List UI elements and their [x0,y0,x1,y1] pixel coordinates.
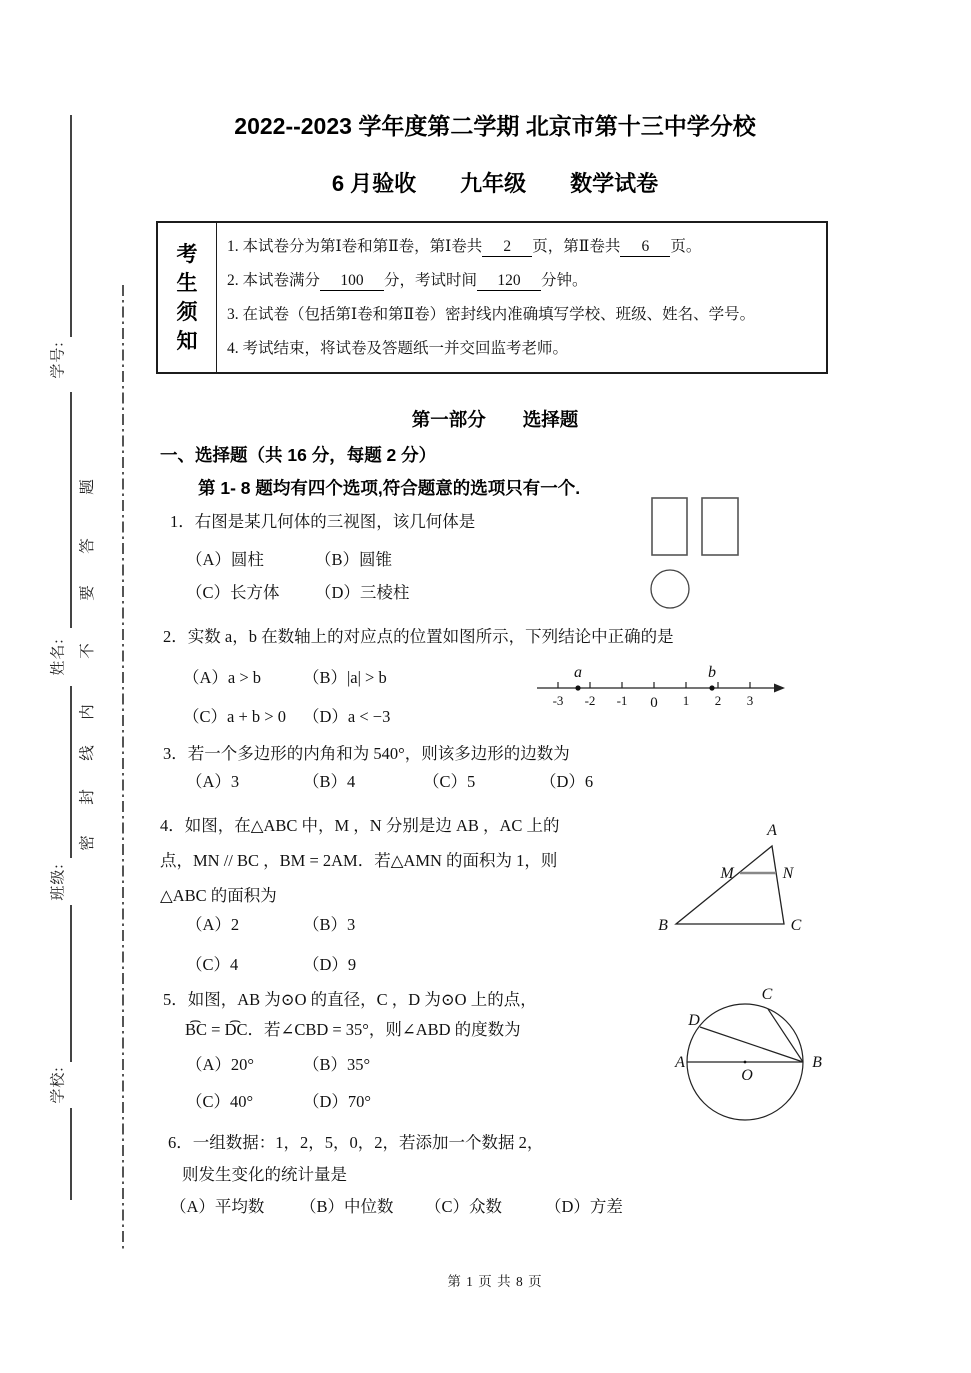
q6-stem-line1: 6．一组数据：1，2，5，0，2，若添加一个数据 2， [168,1133,543,1154]
tick-label: 1 [683,693,690,708]
seal-char: 密 [75,835,97,851]
chord-cb [768,1009,803,1062]
seal-char: 题 [75,479,97,495]
q5-stem-line1: 5．如图，AB 为⊙O 的直径，C ，D 为⊙O 上的点， [163,990,537,1011]
student-id-field-label: 学号: [47,341,68,378]
q6-option-d: （D）方差 [545,1197,623,1218]
notice-text: 分，考试时间 [384,272,477,289]
margin-blank-line [70,1108,72,1200]
q5-stem-line2: B͡C = D͡C．若∠CBD = 35°，则∠ABD 的度数为 [185,1020,521,1041]
section-rule-1: 一、选择题（共 16 分，每题 2 分） [160,445,436,467]
notice-side-label: 考生须知 [175,240,199,356]
point-d-label: D [687,1012,700,1029]
tick-label: 2 [715,693,722,708]
seal-char: 线 [75,745,97,761]
q4-option-b: （B）3 [303,915,355,936]
q2-option-a: （A）a > b [183,668,261,689]
side-view-rect [702,498,738,555]
q4-stem-line2: 点，MN // BC ，BM = 2AM．若△AMN 的面积为 1，则 [160,851,557,872]
triangle-abc [676,846,784,924]
exam-subtitle: 6 月验收 九年级 数学试卷 [160,170,830,198]
point-a-label: A [674,1054,685,1071]
q5-option-c: （C）40° [186,1092,253,1113]
q5-option-d: （D）70° [303,1092,371,1113]
axis-arrowhead [774,684,785,693]
q1-option-c: （C）长方体 [186,583,280,604]
q1-option-b: （B）圆锥 [315,550,392,571]
tick-label: 3 [747,693,754,708]
q3-option-a: （A）3 [186,772,239,793]
q3-option-d: （D）6 [540,772,593,793]
vertex-c-label: C [791,917,802,934]
q1-three-views-figure [648,493,743,613]
q6-option-b: （B）中位数 [300,1197,394,1218]
margin-blank-line [70,686,72,858]
q3-stem: 3．若一个多边形的内角和为 540°，则该多边形的边数为 [163,744,570,765]
notice-line-1: 1. 本试卷分为第Ⅰ卷和第Ⅱ卷，第Ⅰ卷共2页，第Ⅱ卷共6页。 [227,230,820,264]
margin-blank-line [70,905,72,1062]
q3-option-c: （C）5 [423,772,475,793]
margin-blank-line [70,115,72,337]
tick-label: -2 [585,693,596,708]
point-a-dot [575,685,580,690]
notice-line-4: 4. 考试结束，将试卷及答题纸一并交回监考老师。 [227,332,820,366]
center-dot [744,1061,747,1064]
point-b-label: b [708,664,716,681]
circle-figure: A B C D O [670,985,828,1157]
top-view-circle [651,570,689,608]
notice-text: 分钟。 [541,272,588,289]
q6-option-a: （A）平均数 [170,1197,264,1218]
notice-line-3: 3. 在试卷（包括第Ⅰ卷和第Ⅱ卷）密封线内准确填写学校、班级、姓名、学号。 [227,298,820,332]
front-view-rect [652,498,687,555]
q4-stem-line1: 4．如图，在△ABC 中，M ，N 分别是边 AB ，AC 上的 [160,816,560,837]
notice-text: 1. 本试卷分为第Ⅰ卷和第Ⅱ卷，第Ⅰ卷共 [227,238,482,255]
point-b-dot [709,685,714,690]
tick-label: 0 [650,695,658,711]
notice-text: 页。 [670,238,701,255]
q6-stem-line2: 则发生变化的统计量是 [182,1165,347,1186]
q5-option-a: （A）20° [186,1055,254,1076]
q2-option-c: （C）a + b > 0 [183,707,286,728]
time-blank: 120 [477,272,541,291]
seal-char: 不 [75,643,97,659]
page-number: 第 1 页 共 8 页 [160,1274,830,1291]
exam-page: 学号: 姓名: 班级: 学校: 题 答 要 不 内 线 封 密 2022--20… [0,0,971,1373]
tick-label: -3 [553,693,564,708]
vertex-b-label: B [658,917,668,934]
q4-option-c: （C）4 [186,955,238,976]
seal-char: 要 [75,585,97,601]
point-m-label: M [719,865,735,882]
q1-stem: 1．右图是某几何体的三视图，该几何体是 [170,512,475,533]
point-b-label: B [812,1054,822,1071]
school-field-label: 学校: [47,1066,68,1103]
seal-dashed-line [122,285,124,1250]
margin-blank-line [70,392,72,628]
q1-option-d: （D）三棱柱 [315,583,409,604]
q2-stem: 2．实数 a，b 在数轴上的对应点的位置如图所示，下列结论中正确的是 [163,627,674,648]
score-blank: 100 [320,272,384,291]
chord-db [700,1027,803,1062]
notice-side-cell: 考生须知 [158,223,217,372]
point-n-label: N [782,865,795,882]
pages-blank-1: 2 [482,238,532,257]
point-a-label: a [574,664,582,681]
q2-option-d: （D）a < −3 [303,707,390,728]
q3-option-b: （B）4 [303,772,355,793]
notice-line-2: 2. 本试卷满分100分，考试时间120分钟。 [227,264,820,298]
q4-stem-line3: △ABC 的面积为 [160,886,277,907]
q4-option-a: （A）2 [186,915,239,936]
notice-text: 2. 本试卷满分 [227,272,320,289]
tick-label: -1 [617,693,628,708]
notice-box: 考生须知 1. 本试卷分为第Ⅰ卷和第Ⅱ卷，第Ⅰ卷共2页，第Ⅱ卷共6页。 2. 本… [156,221,828,374]
vertex-a-label: A [766,822,777,839]
name-field-label: 姓名: [47,638,68,675]
seal-char: 答 [75,538,97,554]
number-line-figure: -3 -2 -1 0 1 2 3 a b [535,660,787,716]
q6-option-c: （C）众数 [425,1197,502,1218]
pages-blank-2: 6 [620,238,670,257]
triangle-figure: A B C M N [638,818,818,940]
center-o-label: O [741,1067,753,1084]
notice-body: 1. 本试卷分为第Ⅰ卷和第Ⅱ卷，第Ⅰ卷共2页，第Ⅱ卷共6页。 2. 本试卷满分1… [217,223,826,372]
part-title: 第一部分 选择题 [160,408,830,431]
tick-marks [558,682,750,688]
q4-option-d: （D）9 [303,955,356,976]
seal-char: 封 [75,789,97,805]
q2-option-b: （B）|a| > b [303,668,387,689]
q1-option-a: （A）圆柱 [186,550,264,571]
section-rule-2: 第 1- 8 题均有四个选项,符合题意的选项只有一个. [198,478,580,500]
exam-title: 2022--2023 学年度第二学期 北京市第十三中学分校 [160,112,830,141]
point-c-label: C [762,986,773,1003]
class-field-label: 班级: [47,863,68,900]
seal-char: 内 [75,704,97,720]
q5-option-b: （B）35° [303,1055,370,1076]
notice-text: 页，第Ⅱ卷共 [532,238,620,255]
